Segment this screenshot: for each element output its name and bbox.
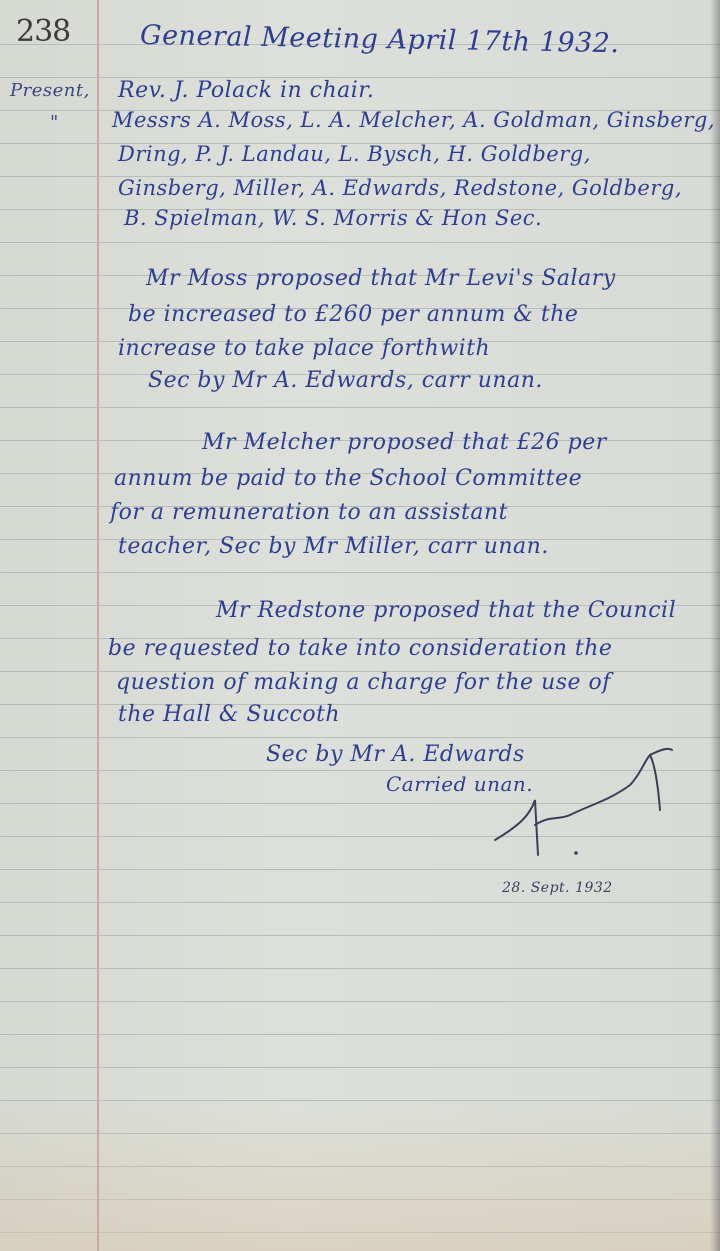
meeting-title: General Meeting April 17th 1932. — [140, 20, 620, 59]
motion-2-line: annum be paid to the School Committee — [114, 466, 582, 491]
motion-2-line: Mr Melcher proposed that £26 per — [202, 430, 607, 455]
chair-line: Rev. J. Polack in chair. — [118, 78, 374, 103]
members-line: B. Spielman, W. S. Morris & Hon Sec. — [124, 206, 542, 230]
margin-note-present: Present, — [10, 80, 90, 101]
motion-1-line: Sec by Mr A. Edwards, carr unan. — [148, 368, 543, 393]
motion-3-line: the Hall & Succoth — [118, 702, 340, 727]
motion-1-line: increase to take place forthwith — [118, 336, 490, 361]
motion-1-line: Mr Moss proposed that Mr Levi's Salary — [146, 266, 616, 291]
chairman-signature — [490, 745, 680, 865]
motion-3-line: be requested to take into consideration … — [108, 636, 612, 661]
minutes-book-page: 238 General Meeting April 17th 1932. Pre… — [0, 0, 720, 1251]
motion-3-line: question of making a charge for the use … — [116, 670, 611, 695]
motion-1-line: be increased to £260 per annum & the — [128, 302, 578, 327]
page-number: 238 — [16, 14, 70, 49]
motion-3-line: Mr Redstone proposed that the Council — [216, 598, 676, 623]
margin-line — [97, 0, 99, 1251]
members-line: Dring, P. J. Landau, L. Bysch, H. Goldbe… — [118, 142, 591, 166]
signature-date: 28. Sept. 1932 — [502, 880, 613, 896]
margin-note-ditto: " — [50, 112, 59, 133]
motion-2-line: teacher, Sec by Mr Miller, carr unan. — [118, 534, 549, 559]
motion-2-line: for a remuneration to an assistant — [110, 500, 508, 525]
motion-3-seconded: Sec by Mr A. Edwards — [266, 742, 525, 767]
members-line: Messrs A. Moss, L. A. Melcher, A. Goldma… — [112, 108, 715, 132]
members-line: Ginsberg, Miller, A. Edwards, Redstone, … — [118, 176, 682, 200]
